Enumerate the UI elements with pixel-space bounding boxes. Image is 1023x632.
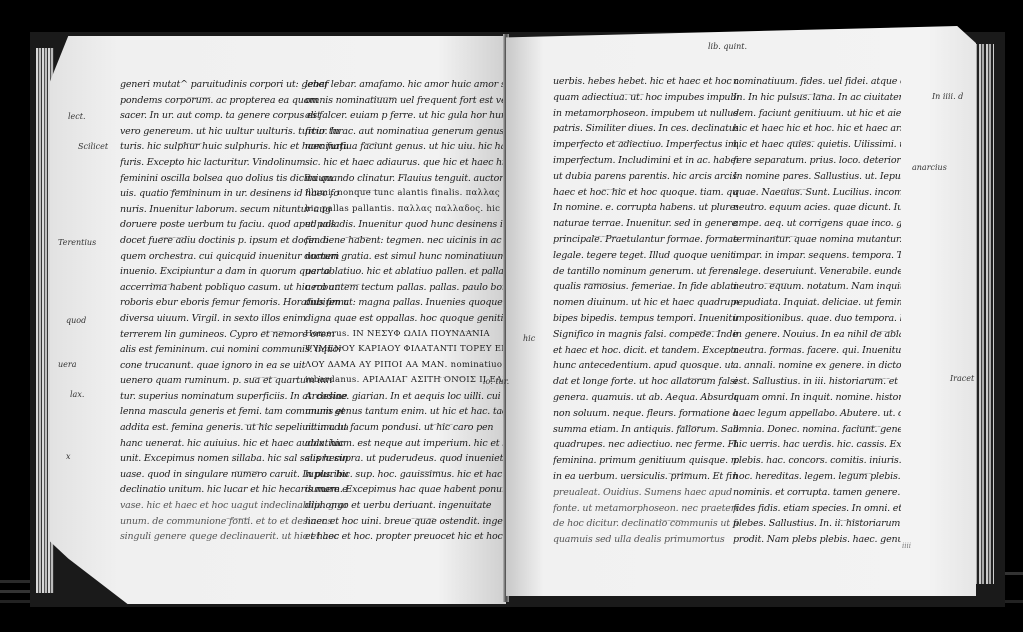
manuscript-line: omnia. Donec. nomina. faciunt. genera. u… bbox=[733, 422, 901, 438]
manuscript-line: a. annali. nomine ex genere. in dicto. q… bbox=[733, 358, 901, 374]
marginal-note: lect. bbox=[68, 112, 86, 121]
manuscript-line: numeri gratia. est simul hunc nominatiuu… bbox=[305, 249, 520, 265]
manuscript-line: est. Sallustius. in iii. historiarum. et… bbox=[733, 374, 901, 390]
manuscript-line: de hoc dicitur. declinatio communis ut f… bbox=[553, 516, 738, 532]
manuscript-line: in ea uerbum. uersiculis. primum. Et fin… bbox=[553, 469, 738, 485]
interlinear-gloss: ~~~~~~ bbox=[857, 422, 881, 436]
manuscript-line: de tantillo nominum generum. ut ferens g… bbox=[553, 264, 738, 280]
interlinear-gloss: ~~~~~~ bbox=[695, 327, 719, 341]
manuscript-line: preualeat. Ouidius. Sumens haec apud bbox=[553, 485, 738, 501]
manuscript-line: unum genus tantum enim. ut hic et hac. t… bbox=[305, 404, 520, 420]
right-page-column-a: uerbis. hebes hebet. hic et haec et hoc … bbox=[553, 74, 738, 548]
manuscript-line: naturae terrae. Inuenitur. sed in genere… bbox=[553, 216, 738, 232]
marginal-note: Terentius bbox=[58, 238, 96, 247]
interlinear-gloss: ~~~~~~ bbox=[336, 280, 360, 294]
manuscript-line: patris. Similiter diues. In ces. declina… bbox=[553, 121, 738, 137]
manuscript-line: neutro. equum acies. quae dicunt. Iurugi… bbox=[733, 200, 901, 216]
manuscript-line: prodit. Nam plebs plebis. haec. genus. e… bbox=[733, 532, 901, 548]
interlinear-gloss: ~~~~~~ bbox=[345, 233, 369, 247]
manuscript-line: feminina. primum genitiuum quisque. modo… bbox=[553, 453, 738, 469]
manuscript-line: uerbis. hebes hebet. hic et haec et hoc … bbox=[553, 74, 738, 90]
manuscript-line: illumi. nonque tunc alantis finalis. παλ… bbox=[305, 186, 520, 202]
manuscript-line: In nomine pares. Sallustius. ut. Iepus. … bbox=[733, 169, 901, 185]
manuscript-line: fin. bene habent: tegmen. nec uicinis in… bbox=[305, 233, 520, 249]
manuscript-line: et haec et hoc. dicit. et tandem. Except… bbox=[553, 343, 738, 359]
interlinear-gloss: ~~~~~~ bbox=[262, 327, 286, 341]
manuscript-line: digna quae est oppallas. hoc quoque geni… bbox=[305, 311, 520, 327]
manuscript-line: principale. Praetulantur formae. formae.… bbox=[553, 232, 738, 248]
interlinear-gloss: ~~~~~~ bbox=[773, 232, 797, 246]
interlinear-gloss: ~~~~~~ bbox=[764, 279, 788, 293]
manuscript-line: In nomine. e. corrupta habens. ut plures… bbox=[553, 200, 738, 216]
manuscript-line: summa etiam. In antiquis. fallorum. Sall… bbox=[553, 422, 738, 438]
interlinear-gloss: ~~~~~~ bbox=[602, 185, 626, 199]
interlinear-gloss: ~~~~~~ bbox=[447, 327, 474, 341]
interlinear-gloss: ~~~~~~ bbox=[584, 279, 608, 293]
manuscript-line: neutro. equum. notatum. Nam inquit. ut. … bbox=[733, 279, 901, 295]
interlinear-gloss: ~~~~~~ bbox=[875, 327, 899, 341]
manuscript-line: hic uerris. hac uerdis. hic. cassis. Exc… bbox=[733, 437, 901, 453]
manuscript-line: imperfectum. Includimini et in ac. haben… bbox=[553, 153, 738, 169]
marginal-note: uera bbox=[58, 360, 76, 369]
manuscript-line: ablatiuum. est neque aut imperium. hic e… bbox=[305, 436, 520, 452]
interlinear-gloss: ~~~~~~ bbox=[839, 516, 863, 530]
interlinear-gloss: ~~~~~~ bbox=[187, 93, 211, 107]
manuscript-line: alege. deseruiunt. Venerabile. eundem. a… bbox=[733, 264, 901, 280]
manuscript-line: ΛΟΥ ΔΑΜΑ ΑΥ ΡΙΠΟΙ ΑΑ ΜΑΝ. nominatiuo pro bbox=[305, 358, 520, 374]
interlinear-gloss: ~~~~~~ bbox=[593, 232, 617, 246]
manuscript-line: haec et hoc uini. breue quae ostendit. i… bbox=[305, 514, 520, 530]
manuscript-line: omnis nominatiuum uel frequent fort est … bbox=[305, 93, 520, 109]
manuscript-line: et palladis. Inuenitur quod hunc desinen… bbox=[305, 217, 520, 233]
manuscript-line: imperfecto et adiectiuo. Imperfectus imp… bbox=[553, 137, 738, 153]
manuscript-line: quae. Naeuius. Sunt. Lucilius. incomplex… bbox=[733, 185, 901, 201]
manuscript-line: ali falcer. euiam p ferre. ut hic gula h… bbox=[305, 108, 520, 124]
interlinear-gloss: ~~~~~~ bbox=[677, 422, 701, 436]
manuscript-line: nitum. ut facum pondusi. ut hic caro pen… bbox=[305, 420, 520, 436]
manuscript-line: quadrupes. nec adiectiuo. nec ferme. Fla… bbox=[553, 437, 738, 453]
interlinear-gloss: ~~~~~~ bbox=[354, 186, 381, 200]
manuscript-line: supra supra. ut puderudeus. quod inuenie… bbox=[305, 451, 520, 467]
manuscript-line: qualis ramosius. femeriae. In fide ablat… bbox=[553, 279, 738, 295]
interlinear-gloss: ~~~~~~ bbox=[791, 137, 815, 151]
manuscript-line: nomen diuinum. ut hic et haec quadrupes … bbox=[553, 295, 738, 311]
manuscript-line: lebaf lebar. amafamo. hic amor huic amor… bbox=[305, 77, 520, 93]
interlinear-gloss: ~~~~~~ bbox=[420, 467, 444, 481]
manuscript-line: lupus. hic. sup. hoc. gauissimus. hic et… bbox=[305, 467, 520, 483]
manuscript-line: dem. faciunt genitiuum. ut hic et aies. … bbox=[733, 106, 901, 122]
manuscript-line: plebis. hac. concors. comitis. iniuris. … bbox=[733, 453, 901, 469]
manuscript-line: fides fidis. etiam species. In omni. et … bbox=[733, 501, 901, 517]
manuscript-line: Significo in magnis falsi. compede. Inde… bbox=[553, 327, 738, 343]
manuscript-line: hunc antecedentium. apud quosque. ut nun… bbox=[553, 358, 738, 374]
manuscript-line: impar. in impar. sequens. tempora. Teren… bbox=[733, 248, 901, 264]
manuscript-line: ampe. aeq. ut corrigens quae inco. gener… bbox=[733, 216, 901, 232]
interlinear-gloss: ~~~~~~ bbox=[151, 280, 175, 294]
interlinear-gloss: ~~~~~~ bbox=[178, 139, 202, 153]
interlinear-gloss: ~~~~~~ bbox=[866, 374, 890, 388]
interlinear-gloss: ~~~~~~ bbox=[686, 374, 710, 388]
interlinear-gloss: ~~~~~~ bbox=[668, 469, 692, 483]
manuscript-line: diphongo et uerbu deriuant. ingenuitate bbox=[305, 498, 520, 514]
manuscript-line: plebes. Sallustius. In. ii. historiarum.… bbox=[733, 516, 901, 532]
interlinear-gloss: ~~~~~~ bbox=[411, 514, 435, 528]
interlinear-gloss: ~~~~~~ bbox=[429, 420, 453, 434]
left-page: generi mutat^ paruitudinis corpori ut: g… bbox=[50, 36, 506, 604]
manuscript-line: neutra. formas. facere. qui. Inuenitur i… bbox=[733, 343, 901, 359]
manuscript-line: hic et haec quies. quietis. Uilissimi. u… bbox=[733, 137, 901, 153]
manuscript-line: et haec et hoc. propter preuocet hic et … bbox=[305, 529, 520, 545]
right-page: lib. quint. uerbis. hebes hebet. hic et … bbox=[506, 26, 976, 596]
interlinear-gloss: ~~~~~~ bbox=[782, 185, 806, 199]
right-page-column-b: nominatiuum. fides. uel fidei. atque ces… bbox=[733, 74, 901, 548]
interlinear-gloss: ~~~~~~ bbox=[438, 373, 465, 387]
interlinear-gloss: ~~~~~~ bbox=[244, 420, 268, 434]
left-page-column-b: lebaf lebar. amafamo. hic amor huic amor… bbox=[305, 77, 520, 545]
interlinear-gloss: ~~~~~~ bbox=[620, 90, 644, 104]
interlinear-gloss: ~~~~~~ bbox=[611, 137, 635, 151]
marginal-note: quod bbox=[66, 316, 86, 325]
manuscript-line: legale. tegere teget. Illud quoque uenit… bbox=[553, 248, 738, 264]
interlinear-gloss: ~~~~~~ bbox=[372, 93, 396, 107]
manuscript-line: sic. hic et haec adiaurus. que hic et ha… bbox=[305, 155, 520, 171]
manuscript-line: ut dubia parens parentis. hic arcis arci… bbox=[553, 169, 738, 185]
marginal-note: lax. bbox=[70, 390, 84, 399]
manuscript-line: ita quando clinatur. Flauius tenguit. au… bbox=[305, 171, 520, 187]
manuscript-line: Homerus. ΙΝ ΝΕΣΥΦ ΩΛΙΛ ΠΟΥΝΔΑΝΙΑ~~~~~~ bbox=[305, 327, 520, 343]
manuscript-line: hic et haec hic et hoc. hic et haec ars.… bbox=[733, 121, 901, 137]
manuscript-line: genera. quamuis. ut ab. Aequa. Absurdum … bbox=[553, 390, 738, 406]
interlinear-gloss: ~~~~~~ bbox=[363, 139, 387, 153]
manuscript-line: quam omni. In inquit. nomine. historiam.… bbox=[733, 390, 901, 406]
marginal-note: hic bbox=[523, 334, 535, 343]
manuscript-line: Arcadiae. giarian. In et aequis loc uill… bbox=[305, 389, 520, 405]
manuscript-line: quam adiectiua. ut. hoc impubes impubis … bbox=[553, 90, 738, 106]
manuscript-line: haec legum appellabo. Abutere. ut. deter… bbox=[733, 406, 901, 422]
interlinear-gloss: ~~~~~~ bbox=[659, 516, 683, 530]
interlinear-gloss: ~~~~~~ bbox=[235, 467, 259, 481]
marginal-note: anarcius bbox=[912, 163, 947, 172]
manuscript-line: per ablatiuo. hic et ablatiuo pallen. et… bbox=[305, 264, 520, 280]
marginal-note: Iracet bbox=[950, 374, 974, 383]
marginal-note: lo. tur. bbox=[483, 377, 509, 386]
interlinear-gloss: ~~~~~~ bbox=[253, 373, 277, 387]
marginal-note: x bbox=[66, 452, 71, 461]
manuscript-line: bipes bipedis. tempus tempori. Inuenitur… bbox=[553, 311, 738, 327]
manuscript-line: terminantur. quae nomina mutantur. Virgi… bbox=[733, 232, 901, 248]
manuscript-line: in metamorphoseon. impubem ut nullus gen bbox=[553, 106, 738, 122]
manuscript-line: ΨΥΜΕΝΟΥ ΚΑΡΙΑΟΥ ΦΙΛΑΤΑΝΤΙ ΤΟΡΕΥ ΕΝ ΠΟΥ bbox=[305, 342, 520, 358]
manuscript-line: haec et hoc. hic et hoc quoque. tiam. qu… bbox=[553, 185, 738, 201]
manuscript-line: fere separatum. prius. loco. deteriores.… bbox=[733, 153, 901, 169]
manuscript-line: uero autem tectum pallas. pallas. paulo … bbox=[305, 280, 520, 296]
folio-number: iiii bbox=[902, 542, 911, 550]
manuscript-line: nominatiuum. fides. uel fidei. atque ces… bbox=[733, 74, 901, 90]
manuscript-line: in genere. Nouius. In ea nihil de ablati… bbox=[733, 327, 901, 343]
interlinear-gloss: ~~~~~~ bbox=[226, 514, 250, 528]
manuscript-line: dat et longe forte. ut hoc allatorum fal… bbox=[553, 374, 738, 390]
manuscript-line: In. In hic pulsus. lana. In ac ciuitatem… bbox=[733, 90, 901, 106]
marginal-note: Scilicet bbox=[78, 142, 108, 151]
interlinear-gloss: ~~~~~~ bbox=[169, 186, 193, 200]
manuscript-line: ficio. In ac. aut nominatiua generum gen… bbox=[305, 124, 520, 140]
marginal-note: In iiii. d bbox=[932, 92, 963, 101]
manuscript-line: repudiata. Inquiat. deliciae. ut femina.… bbox=[733, 295, 901, 311]
manuscript-line: impositionibus. quae. duo tempora. bis s… bbox=[733, 311, 901, 327]
manuscript-line: nominatiua faciunt genus. ut hic uiu. hi… bbox=[305, 139, 520, 155]
manuscript-line: hoc. hereditas. legem. legum plebis. et … bbox=[733, 469, 901, 485]
interlinear-gloss: ~~~~~~ bbox=[160, 233, 184, 247]
interlinear-gloss: ~~~~~~ bbox=[848, 469, 872, 483]
manuscript-line: dumem. Excepimus hac quae habent ponuntu… bbox=[305, 482, 520, 498]
manuscript-line: nominis. et corrupta. tamen genere. quae… bbox=[733, 485, 901, 501]
manuscript-line: dubium ut: magna pallas. Inuenies quoque bbox=[305, 295, 520, 311]
manuscript-line: fonte. ut metamorphoseon. nec praeterea … bbox=[553, 501, 738, 517]
manuscript-line: hic pallas pallantis. παλλας παλλαδος. h… bbox=[305, 202, 520, 218]
running-head: lib. quint. bbox=[708, 42, 747, 51]
interlinear-gloss: ~~~~~~ bbox=[800, 90, 824, 104]
manuscript-line: quamuis sed ulla dealis primumortus bbox=[553, 532, 738, 548]
manuscript-line: non soluum. neque. fleurs. formatione a … bbox=[553, 406, 738, 422]
